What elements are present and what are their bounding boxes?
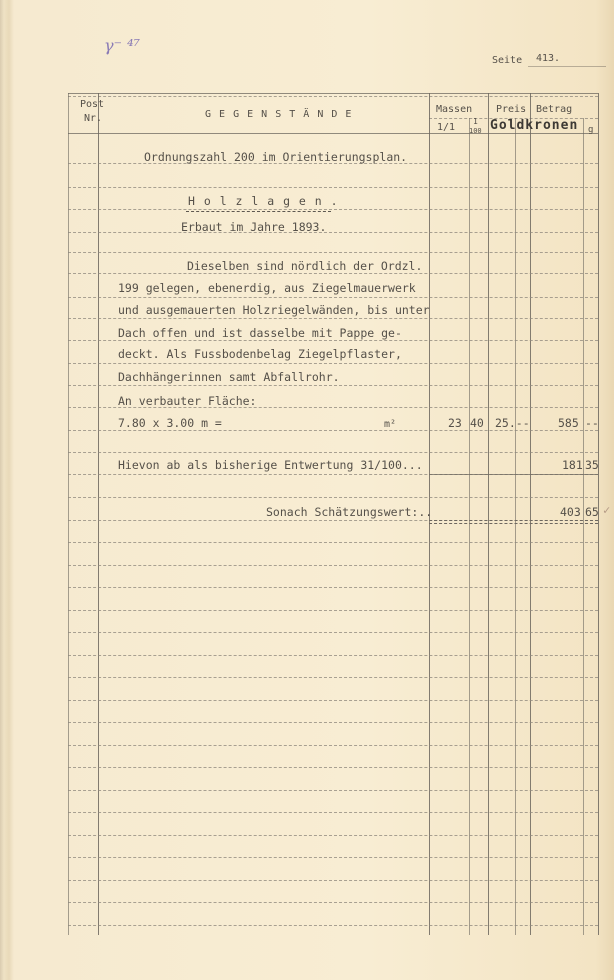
ruled-line (68, 252, 598, 253)
header-post: Post (80, 98, 104, 112)
row-erbaut: Erbaut im Jahre 1893. (181, 220, 326, 234)
handwritten-note: γ⁻ ⁴⁷ (104, 36, 140, 55)
row-calc-unit: m² (384, 418, 396, 432)
ruled-line (68, 587, 598, 588)
ruled-line (68, 297, 598, 298)
row-calc-betrag-frac: -- (585, 416, 599, 430)
row-desc-3: und ausgemauerten Holzriegelwänden, bis … (118, 303, 430, 317)
ruled-line (68, 497, 598, 498)
header-currency: Goldkronen (490, 119, 578, 133)
row-desc-5: deckt. Als Fussbodenbelag Ziegelpflaster… (118, 347, 402, 361)
title-underline (186, 211, 331, 212)
header-preis: Preis (496, 103, 526, 117)
row-total-text: Sonach Schätzungswert:.. (266, 505, 432, 519)
page-number: 413. (536, 52, 560, 66)
ruled-line (68, 452, 598, 453)
ruled-line (68, 565, 598, 566)
ruled-line (68, 632, 598, 633)
ruled-line (68, 925, 598, 926)
ruled-line (68, 812, 598, 813)
row-calc-text: 7.80 x 3.00 m = (118, 416, 222, 430)
row-flaeche-label: An verbauter Fläche: (118, 394, 256, 408)
subtraction-line (429, 474, 598, 475)
header-massen: Massen (436, 103, 472, 117)
row-calc-betrag: 585 (558, 416, 579, 430)
row-entwertung-betrag: 181 (562, 458, 583, 472)
table-top-border-2 (68, 96, 598, 97)
checkmark-icon: ✓ (603, 503, 610, 517)
row-entwertung-betrag-frac: 35 (585, 458, 599, 472)
row-desc-2: 199 gelegen, ebenerdig, aus Ziegelmauerw… (118, 281, 416, 295)
header-massen-whole: 1/1 (437, 121, 455, 135)
ruled-line (68, 232, 598, 233)
row-title-holzlagen: H o l z l a g e n . (188, 194, 339, 208)
col-line-preis (488, 93, 489, 935)
row-ordnungszahl: Ordnungszahl 200 im Orientierungsplan. (144, 150, 407, 164)
row-total-betrag-frac: 65 (585, 505, 599, 519)
row-desc-6: Dachhängerinnen samt Abfallrohr. (118, 370, 340, 384)
ruled-line (68, 209, 598, 210)
ruled-line (68, 340, 598, 341)
row-total-betrag: 403 (560, 505, 581, 519)
row-desc-4: Dach offen und ist dasselbe mit Pappe ge… (118, 326, 402, 340)
row-desc-1: Dieselben sind nördlich der Ordzl. (187, 259, 422, 273)
col-line-left (68, 93, 69, 935)
ruled-line (68, 857, 598, 858)
page-number-underline (528, 66, 606, 67)
ruled-line (68, 363, 598, 364)
row-calc-massen-whole: 23 (448, 416, 462, 430)
ruled-line (68, 745, 598, 746)
ruled-line (68, 677, 598, 678)
ruled-line (68, 722, 598, 723)
col-line-post (98, 93, 99, 935)
row-calc-massen-frac: 40 (470, 416, 484, 430)
col-line-betrag (530, 93, 531, 935)
ruled-line (68, 700, 598, 701)
ruled-line (68, 273, 598, 274)
ruled-line (68, 790, 598, 791)
header-nr: Nr. (84, 112, 102, 126)
ruled-line (68, 430, 598, 431)
page-label: Seite (492, 54, 522, 68)
header-betrag: Betrag (536, 103, 572, 117)
header-massen-frac-den: 100 (469, 124, 482, 138)
ruled-line (68, 385, 598, 386)
ruled-line (68, 655, 598, 656)
header-gegenstaende: G E G E N S T Ä N D E (205, 108, 352, 122)
ruled-line (68, 767, 598, 768)
row-entwertung-text: Hievon ab als bisherige Entwertung 31/10… (118, 458, 423, 472)
ruled-line (68, 902, 598, 903)
ruled-line (68, 187, 598, 188)
ruled-line (68, 542, 598, 543)
ruled-line (68, 610, 598, 611)
ruled-line (68, 880, 598, 881)
ruled-line (68, 318, 598, 319)
table-top-border (68, 93, 598, 94)
total-double-underline (429, 520, 598, 524)
ruled-line (68, 835, 598, 836)
document-page: γ⁻ ⁴⁷ Seite 413. Post Nr. G E G E N S T … (0, 0, 614, 980)
header-bottom-border (68, 133, 598, 134)
header-currency-unit: g (588, 123, 593, 137)
row-calc-preis: 25.-- (495, 416, 530, 430)
